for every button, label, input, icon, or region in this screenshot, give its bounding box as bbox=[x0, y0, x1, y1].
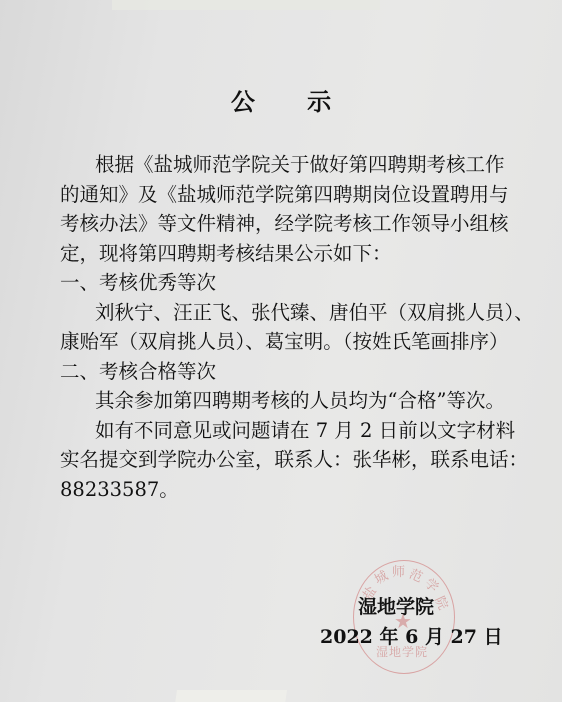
excellent-list-line-1: 刘秋宁、汪正飞、张代臻、唐伯平（双肩挑人员）、 bbox=[60, 298, 460, 328]
notice-body: 根据《盐城师范学院关于做好第四聘期考核工作 的通知》及《盐城师范学院第四聘期岗位… bbox=[60, 150, 460, 504]
qualified-line: 其余参加第四聘期考核的人员均为“合格”等次。 bbox=[60, 386, 460, 416]
intro-line-1: 根据《盐城师范学院关于做好第四聘期考核工作 bbox=[60, 150, 460, 180]
section-1-heading: 一、考核优秀等次 bbox=[60, 268, 460, 298]
intro-line-3: 考核办法》等文件精神，经学院考核工作领导小组核 bbox=[60, 209, 460, 239]
intro-line-2: 的通知》及《盐城师范学院第四聘期岗位设置聘用与 bbox=[60, 180, 460, 210]
signature-organization: 湿地学院 bbox=[358, 592, 434, 619]
tape-strip-top bbox=[112, 0, 380, 10]
section-2-heading: 二、考核合格等次 bbox=[60, 357, 460, 387]
contact-phone-line: 88233587。 bbox=[60, 475, 460, 505]
tape-strip-bottom bbox=[175, 690, 287, 702]
excellent-list-line-2: 康贻军（双肩挑人员）、葛宝明。（按姓氏笔画排序） bbox=[60, 327, 460, 357]
signature-date: 2022 年 6 月 27 日 bbox=[320, 622, 503, 649]
contact-line-1: 如有不同意见或问题请在 7 月 2 日前以文字材料 bbox=[60, 416, 460, 446]
contact-line-2: 实名提交到学院办公室，联系人：张华彬，联系电话： bbox=[60, 445, 460, 475]
notice-title: 公 示 bbox=[0, 82, 562, 117]
intro-line-4: 定，现将第四聘期考核结果公示如下： bbox=[60, 239, 460, 269]
